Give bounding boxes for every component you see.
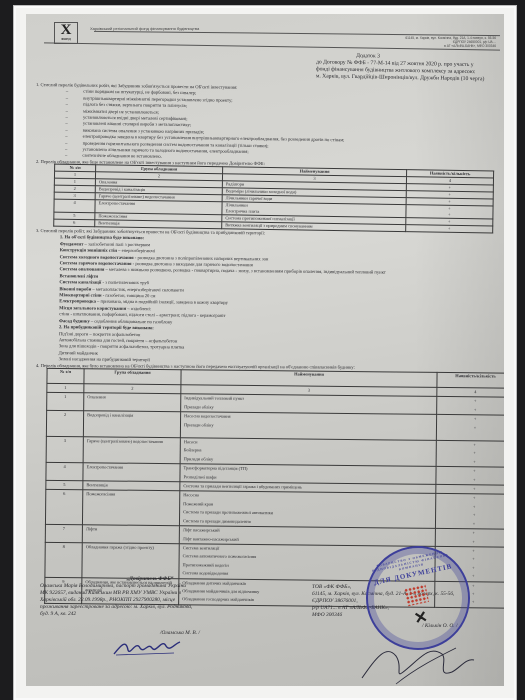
equipment-items: Ліфт пасажирськийЛіфт вантажно-пасажирсь… xyxy=(179,526,435,546)
handwritten-signature-icon xyxy=(356,638,476,686)
equipment-group: Вентиляція xyxy=(95,220,222,229)
section-2: 2. Перелік обладнання, яке буде встановл… xyxy=(35,159,504,233)
principal-signature-block: „Довіритель ФФБ“ Оламська Марія Володими… xyxy=(40,576,260,637)
signature-detail: буд. 9 А, кв. 242 xyxy=(40,611,260,618)
section-1: 1. Стислий перелік будівельних робіт, як… xyxy=(35,82,504,165)
availability-marks: ++ xyxy=(435,529,504,548)
availability-marks: ++++ xyxy=(435,494,504,529)
spec-label: Встановлені ліфти xyxy=(59,273,98,278)
logo-caption: ФОНД xyxy=(55,37,77,41)
stamp-emblem-icon xyxy=(404,584,429,606)
document-body: 1. Стислий перелік будівельних робіт, як… xyxy=(36,82,504,605)
equipment-group: Електропостачання xyxy=(83,463,180,482)
spec-text: - з поліетиленових труб xyxy=(101,280,149,285)
signature-title: „Довіритель ФФБ“ xyxy=(40,576,260,583)
document-page: X ФОНД Харківський регіональний фонд фін… xyxy=(26,14,504,686)
signature-detail: Оламська Марія Володимирівна, паспорт гр… xyxy=(40,583,260,590)
spec-text: – оздоблені: xyxy=(126,306,151,311)
table-row: 6 Пожежогасіння НасоснаПожежний кранСист… xyxy=(45,490,504,530)
photo-frame: X ФОНД Харківський регіональний фонд фін… xyxy=(14,6,516,700)
equipment-group: Опалення xyxy=(84,393,181,412)
equipment-group: Водопровід і каналізація xyxy=(83,411,180,438)
spec-text: - газобетон, товщина 20 см xyxy=(102,293,156,299)
signature-detail: МК 922657, виданий Київським МВ РВ ХМУ У… xyxy=(40,590,260,597)
row-number: 2 xyxy=(46,411,83,437)
signature-detail: проживання зареєстроване за адресою: м. … xyxy=(40,604,260,611)
letterhead: X ФОНД Харківський регіональний фонд фін… xyxy=(44,16,500,54)
row-number: 1 xyxy=(47,393,84,411)
equipment-group: Пожежогасіння xyxy=(82,490,179,526)
row-number: 6 xyxy=(45,490,82,525)
handwritten-signature-icon xyxy=(112,636,182,658)
spec-label: Фундамент xyxy=(60,241,84,246)
spec-text: – оздоблення облицювальне по газоблоку xyxy=(90,319,173,325)
row-number: 4 xyxy=(46,463,83,481)
section-3: 3. Стислий перелік робіт, які Забудовник… xyxy=(35,228,504,367)
equipment-group: Гаряче (централізоване) водопостачання xyxy=(83,437,180,464)
row-number: 8 xyxy=(45,542,82,577)
availability-mark: + xyxy=(440,406,504,415)
spec-label: Місця загального користування xyxy=(59,305,126,311)
availability-mark: + xyxy=(439,538,504,547)
spec-label: Система опалювання xyxy=(60,267,105,272)
availability-mark: + xyxy=(439,520,504,529)
spec-label: Фасад будинку xyxy=(59,318,90,323)
availability-mark: + xyxy=(439,476,504,485)
equipment-items: Насосна водопостачанняПрилади обліку xyxy=(180,412,436,440)
availability-mark: + xyxy=(440,424,504,433)
column-header: Наявність/кількість xyxy=(437,373,504,389)
spec-label: Система гарячого водопостачання xyxy=(60,261,132,267)
stamp-logo-icon: ✕ xyxy=(412,607,429,629)
fund-logo-icon: X ФОНД xyxy=(54,22,78,44)
spec-label: Конструкція зовнішніх стін xyxy=(60,248,117,254)
equipment-group: Ліфти xyxy=(82,525,179,544)
row-number: 4 xyxy=(54,199,95,213)
availability-marks: ++ xyxy=(436,467,504,486)
spec-text: – залізобетонні палі з ростверком xyxy=(83,242,150,248)
availability-marks: +++ xyxy=(436,441,504,468)
section-1-list: стіни порядкові на штукатурці, не фарбов… xyxy=(35,88,504,165)
availability-marks: ++ xyxy=(436,415,504,442)
column-header: Група обладнання xyxy=(84,369,181,385)
spec-label: Електропроводка xyxy=(59,299,96,304)
spec-label: Система каналізації xyxy=(59,280,101,285)
availability-mark: + xyxy=(440,458,504,467)
signature-detail: Харківській обл. 22.09.1998р., РНОКПП 29… xyxy=(40,597,260,604)
equipment-items: НасосиБойлернаПрилади обліку xyxy=(180,438,436,467)
spec-label: Віконні вироби xyxy=(59,286,91,291)
row-number: 3 xyxy=(46,437,83,464)
availability-marks: ++ xyxy=(437,397,504,416)
org-address: 61145, м. Харків, вул. Космічна, буд. 21… xyxy=(405,36,496,48)
section-3-content: 1. На об'єкті будівництва буде виконано:… xyxy=(35,235,504,368)
spec-text: – металопластик, енергозберігаючі склопа… xyxy=(91,287,184,293)
column-header: № з/п xyxy=(47,369,84,384)
appendix-heading: Додаток 3 до Договору № ФФБ - 77-М-14 ві… xyxy=(316,52,504,83)
row-number: 7 xyxy=(45,525,82,543)
spec-text: – енергозберігаючі xyxy=(117,248,155,253)
equipment-items: НасоснаПожежний кранСистема та прилади п… xyxy=(179,491,435,528)
equipment-table-1: № з/п Група обладнання Найменування Наяв… xyxy=(53,164,494,234)
spec-label: Система холодного водопостачання xyxy=(60,254,134,260)
row-number: 6 xyxy=(54,219,95,227)
logo-glyph: X xyxy=(61,22,72,38)
spec-label: Міжквартирні стіни xyxy=(59,293,101,298)
equipment-group: Обладнання гаража (згідно проекту) xyxy=(82,543,179,579)
